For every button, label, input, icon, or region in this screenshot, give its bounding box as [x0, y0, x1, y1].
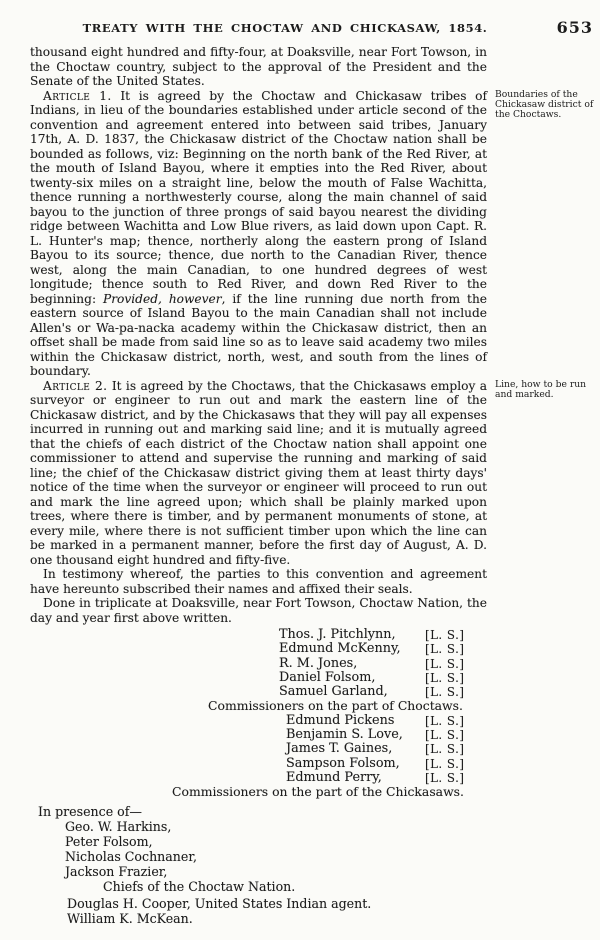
signer-name: Edmund Pickens: [286, 714, 394, 728]
signer-name: R. M. Jones,: [279, 657, 357, 671]
article-2-text: It is agreed by the Choctaws, that the C…: [30, 379, 487, 567]
running-head: TREATY WITH THE CHOCTAW AND CHICKASAW, 1…: [0, 18, 600, 40]
article-1-text-before-proviso: It is agreed by the Choctaw and Chickasa…: [30, 89, 487, 306]
running-head-title: TREATY WITH THE CHOCTAW AND CHICKASAW, 1…: [0, 21, 570, 35]
signature-row: Sampson Folsom, [L. S.]: [30, 757, 487, 771]
page-number: 653: [557, 18, 593, 37]
seal-mark: [L. S.]: [425, 728, 464, 742]
signer-name: Sampson Folsom,: [286, 757, 400, 771]
article-1-label: Article 1.: [43, 89, 112, 103]
seal-mark: [L. S.]: [425, 714, 464, 728]
seal-mark: [L. S.]: [425, 642, 464, 656]
seal-mark: [L. S.]: [425, 742, 464, 756]
signer-name: Thos. J. Pitchlynn,: [279, 628, 396, 642]
signature-row: Edmund Perry, [L. S.]: [30, 771, 487, 785]
treaty-page: TREATY WITH THE CHOCTAW AND CHICKASAW, 1…: [0, 0, 600, 940]
margin-note-article-1: Boundaries of the Chickasaw district of …: [495, 90, 598, 121]
signature-row: Daniel Folsom, [L. S.]: [30, 671, 487, 685]
chiefs-caption: Chiefs of the Choctaw Nation.: [103, 879, 598, 894]
seal-mark: [L. S.]: [425, 757, 464, 771]
final-witness: William K. McKean.: [67, 911, 598, 926]
witness-name: Geo. W. Harkins,: [65, 819, 598, 834]
article-2-label: Article 2.: [43, 379, 107, 393]
seal-mark: [L. S.]: [425, 628, 464, 642]
signature-row: Edmund McKenny, [L. S.]: [30, 642, 487, 656]
indian-agent-witness: Douglas H. Cooper, United States Indian …: [67, 896, 598, 911]
witness-section: In presence of— Geo. W. Harkins, Peter F…: [30, 804, 598, 926]
testimony-paragraph: In testimony whereof, the parties to thi…: [30, 567, 487, 596]
article-1-proviso: Provided, however: [103, 292, 222, 306]
intro-paragraph: thousand eight hundred and fifty-four, a…: [30, 45, 487, 89]
signer-name: Daniel Folsom,: [279, 671, 375, 685]
margin-note-article-2: Line, how to be run and marked.: [495, 380, 598, 401]
signer-name: Benjamin S. Love,: [286, 728, 403, 742]
seal-mark: [L. S.]: [425, 771, 464, 785]
witness-intro: In presence of—: [38, 804, 598, 819]
signature-row: R. M. Jones, [L. S.]: [30, 657, 487, 671]
seal-mark: [L. S.]: [425, 671, 464, 685]
chickasaw-commissioners-caption: Commissioners on the part of the Chickas…: [30, 785, 600, 799]
page-body: thousand eight hundred and fifty-four, a…: [30, 45, 598, 926]
signature-row: Thos. J. Pitchlynn, [L. S.]: [30, 628, 487, 642]
seal-mark: [L. S.]: [425, 657, 464, 671]
choctaw-signature-block: Thos. J. Pitchlynn, [L. S.] Edmund McKen…: [30, 628, 598, 714]
article-1-paragraph: Article 1. It is agreed by the Choctaw a…: [30, 89, 487, 379]
witness-name: Nicholas Cochnaner,: [65, 849, 598, 864]
article-2-paragraph: Article 2. It is agreed by the Choctaws,…: [30, 379, 487, 568]
signer-name: James T. Gaines,: [286, 742, 392, 756]
choctaw-commissioners-caption: Commissioners on the part of Choctaws.: [30, 699, 600, 713]
execution-paragraph: Done in triplicate at Doaksville, near F…: [30, 596, 487, 625]
signature-row: James T. Gaines, [L. S.]: [30, 742, 487, 756]
signature-row: Benjamin S. Love, [L. S.]: [30, 728, 487, 742]
chickasaw-signature-block: Edmund Pickens [L. S.] Benjamin S. Love,…: [30, 714, 598, 800]
signer-name: Edmund Perry,: [286, 771, 382, 785]
witness-name: Peter Folsom,: [65, 834, 598, 849]
signer-name: Samuel Garland,: [279, 685, 388, 699]
signer-name: Edmund McKenny,: [279, 642, 401, 656]
signature-row: Edmund Pickens [L. S.]: [30, 714, 487, 728]
signatures-section: Thos. J. Pitchlynn, [L. S.] Edmund McKen…: [30, 628, 598, 800]
witness-name: Jackson Frazier,: [65, 864, 598, 879]
seal-mark: [L. S.]: [425, 685, 464, 699]
signature-row: Samuel Garland, [L. S.]: [30, 685, 487, 699]
